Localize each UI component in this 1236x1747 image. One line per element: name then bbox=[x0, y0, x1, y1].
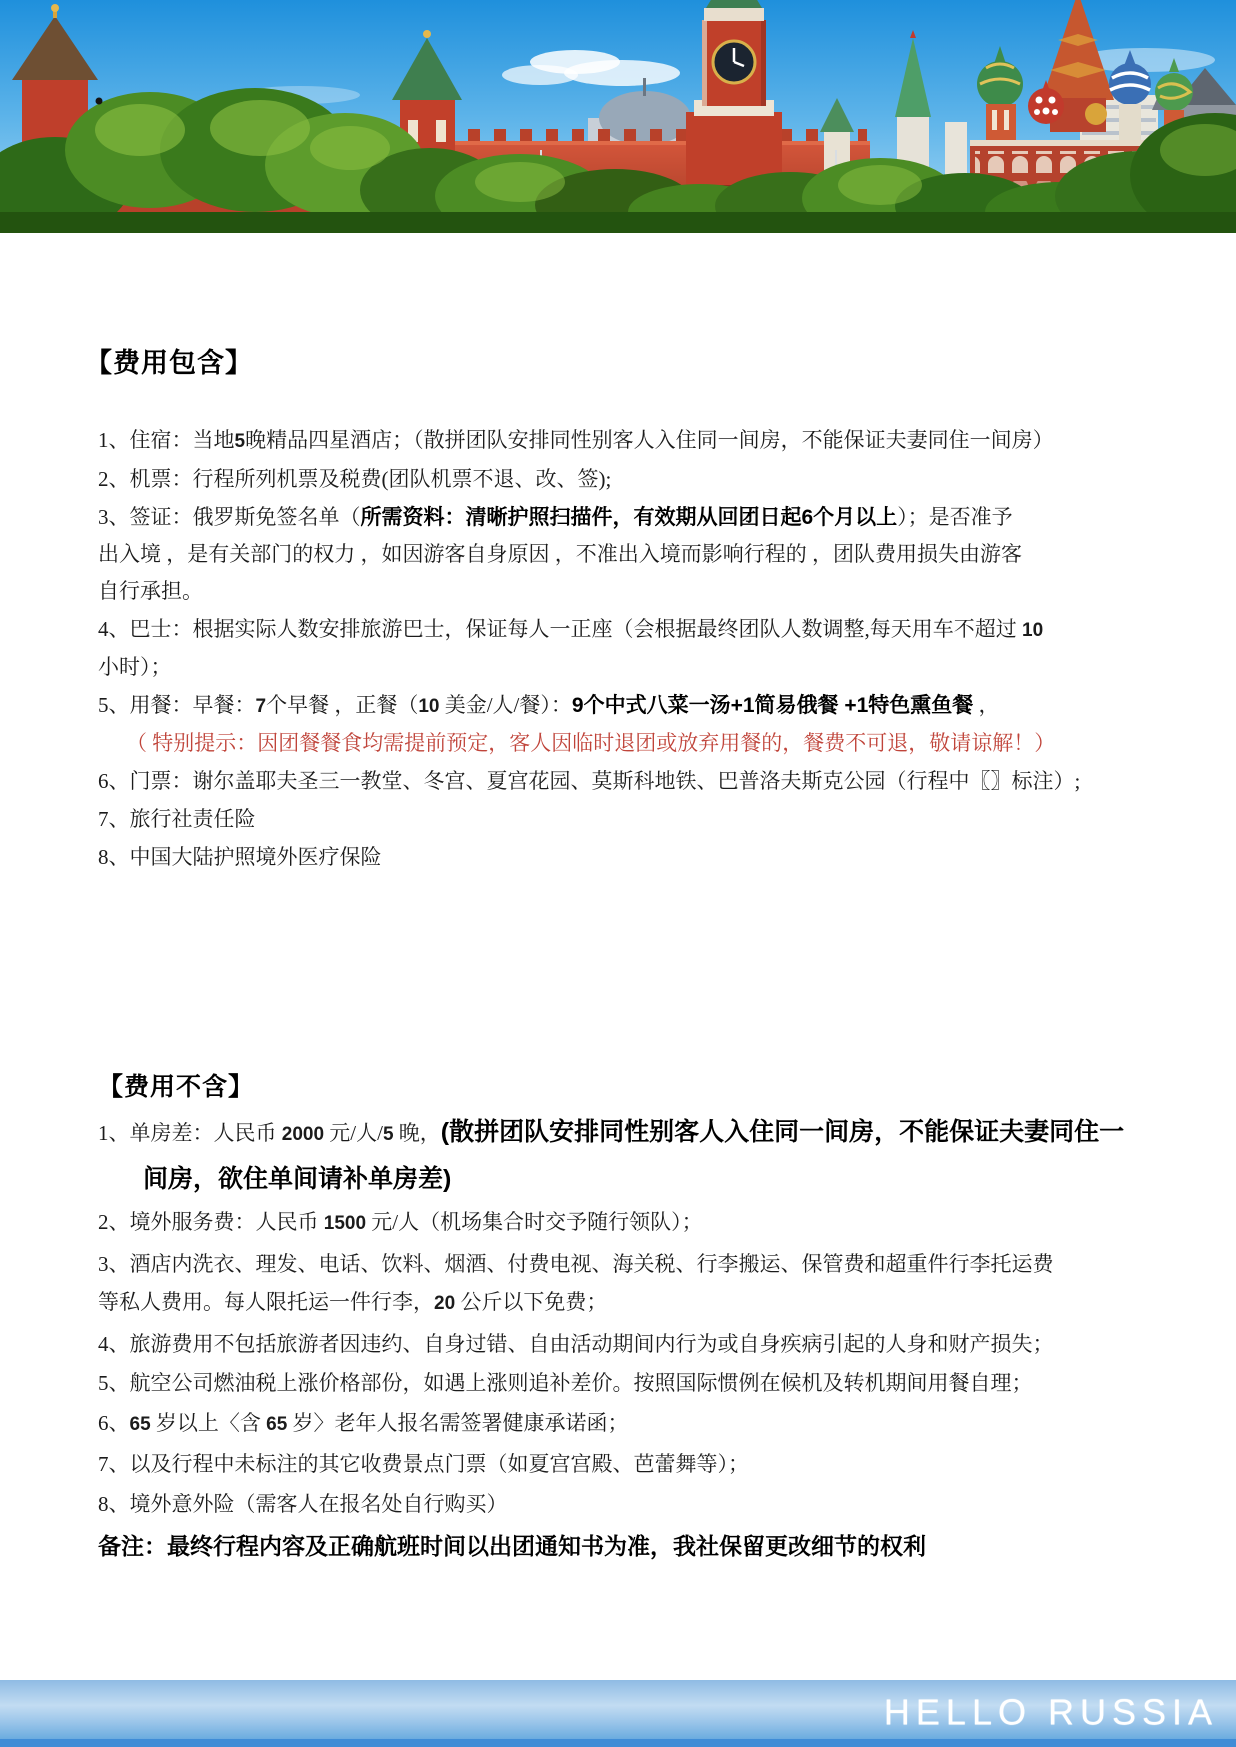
text-run: 1、单房差：人民币 bbox=[98, 1121, 282, 1145]
text-run: 6、 bbox=[98, 1411, 130, 1435]
special-notice-red: （ 特别提示：因团餐餐食均需提前预定，客人因临时退团或放弃用餐的，餐费不可退，敬… bbox=[98, 731, 1055, 755]
excluded-item-fuel-surcharge: 5、航空公司燃油税上涨价格部份，如遇上涨则追补差价。按照国际惯例在候机及转机期间… bbox=[98, 1364, 1165, 1403]
text-run-number: 7 bbox=[256, 696, 267, 717]
text-run-number: 10 bbox=[418, 696, 439, 717]
section-fees-excluded: 【费用不含】 1、单房差：人民币 2000 元/人/5 晚，(散拼团队安排同性别… bbox=[85, 1071, 1165, 1524]
text-run: 晚， bbox=[394, 1121, 441, 1145]
text-run: 1、住宿：当地 bbox=[98, 428, 235, 452]
excluded-item-personal-loss: 4、旅游费用不包括旅游者因违约、自身过错、自由活动期间内行为或自身疾病引起的人身… bbox=[98, 1325, 1165, 1364]
text-run: 5、用餐：早餐： bbox=[98, 693, 256, 717]
text-run: 4、巴士：根据实际人数安排旅游巴士，保证每人一正座（会根据最终团队人数调整,每天… bbox=[98, 617, 1022, 641]
excluded-item-single-room: 1、单房差：人民币 2000 元/人/5 晚，(散拼团队安排同性别客人入住同一间… bbox=[98, 1110, 1165, 1202]
excluded-item-accident-insurance: 8、境外意外险（需客人在报名处自行购买） bbox=[98, 1485, 1165, 1524]
text-run: 2、机票：行程所列机票及税费(团队机票不退、改、签); bbox=[98, 467, 611, 491]
remark-note: 备注：最终行程内容及正确航班时间以出团通知书为准，我社保留更改细节的权利 bbox=[98, 1529, 1148, 1563]
footer-banner: HELLO RUSSIA bbox=[0, 1680, 1236, 1747]
single-room-note-bold: 间房，欲住单间请补单房差) bbox=[98, 1165, 451, 1193]
text-run-number: 2000 bbox=[282, 1124, 324, 1145]
remark-text: 备注：最终行程内容及正确航班时间以出团通知书为准，我社保留更改细节的权利 bbox=[98, 1533, 926, 1559]
text-run: 4、旅游费用不包括旅游者因违约、自身过错、自由活动期间内行为或自身疾病引起的人身… bbox=[98, 1332, 1054, 1356]
footer-bottom-strip bbox=[0, 1739, 1236, 1747]
single-room-note-bold: (散拼团队安排同性别客人入住同一间房，不能保证夫妻同住一 bbox=[441, 1118, 1124, 1146]
text-run: 6、门票：谢尔盖耶夫圣三一教堂、冬宫、夏宫花园、莫斯科地铁、巴普洛夫斯克公园（行… bbox=[98, 769, 1080, 793]
meals-detail-bold: 9个中式八菜一汤+1简易俄餐 +1特色熏鱼餐 bbox=[572, 694, 973, 717]
excluded-item-senior-letter: 6、65 岁以上〈含 65 岁〉老年人报名需签署健康承诺函； bbox=[98, 1404, 1165, 1445]
text-run-number: 5 bbox=[235, 431, 246, 452]
text-run: 美金/人/餐）： bbox=[439, 693, 571, 717]
section-fees-included: 【费用包含】 1、住宿：当地5晚精品四星酒店；（散拼团队安排同性别客人入住同一间… bbox=[85, 346, 1147, 877]
excluded-item-personal-expenses: 3、酒店内洗衣、理发、电话、饮料、烟酒、付费电视、海关税、行李搬运、保管费和超重… bbox=[98, 1245, 1165, 1324]
document-page: 【费用包含】 1、住宿：当地5晚精品四星酒店；（散拼团队安排同性别客人入住同一间… bbox=[0, 0, 1236, 1747]
fees-excluded-title: 【费用不含】 bbox=[85, 1071, 1165, 1103]
included-item-flight: 2、机票：行程所列机票及税费(团队机票不退、改、签); bbox=[98, 461, 1147, 498]
text-run-number: 1500 bbox=[324, 1213, 366, 1234]
text-run: 7、以及行程中未标注的其它收费景点门票（如夏宫宫殿、芭蕾舞等）； bbox=[98, 1452, 749, 1476]
brand-wordmark: HELLO RUSSIA bbox=[884, 1691, 1218, 1733]
included-item-bus: 4、巴士：根据实际人数安排旅游巴士，保证每人一正座（会根据最终团队人数调整,每天… bbox=[98, 611, 1147, 686]
text-run: 个早餐 ，正餐（ bbox=[266, 693, 418, 717]
text-run: 3、酒店内洗衣、理发、电话、饮料、烟酒、付费电视、海关税、行李搬运、保管费和超重… bbox=[98, 1252, 1054, 1276]
text-run: 8、境外意外险（需客人在报名处自行购买） bbox=[98, 1492, 508, 1516]
text-run-number: 5 bbox=[383, 1124, 394, 1145]
fees-included-items: 1、住宿：当地5晚精品四星酒店；（散拼团队安排同性别客人入住同一间房，不能保证夫… bbox=[85, 422, 1147, 876]
text-run: 公斤以下免费； bbox=[455, 1290, 607, 1314]
text-run: 3、签证：俄罗斯免签名单（ bbox=[98, 505, 361, 529]
text-run: 岁〉老年人报名需签署健康承诺函； bbox=[287, 1411, 628, 1435]
text-run: 8、中国大陆护照境外医疗保险 bbox=[98, 845, 382, 869]
text-run: 5、航空公司燃油税上涨价格部份，如遇上涨则追补差价。按照国际惯例在候机及转机期间… bbox=[98, 1371, 1033, 1395]
text-run-number: 10 bbox=[1022, 620, 1043, 641]
included-item-hotel: 1、住宿：当地5晚精品四星酒店；（散拼团队安排同性别客人入住同一间房，不能保证夫… bbox=[98, 422, 1147, 460]
fees-excluded-items: 1、单房差：人民币 2000 元/人/5 晚，(散拼团队安排同性别客人入住同一间… bbox=[85, 1110, 1165, 1523]
text-run: 等私人费用。每人限托运一件行李， bbox=[98, 1290, 434, 1314]
visa-requirement-bold: 所需资料：清晰护照扫描件，有效期从回团日起6个月以上 bbox=[361, 506, 898, 529]
included-item-tickets: 6、门票：谢尔盖耶夫圣三一教堂、冬宫、夏宫花园、莫斯科地铁、巴普洛夫斯克公园（行… bbox=[98, 763, 1147, 800]
text-run-number: 65 bbox=[266, 1414, 287, 1435]
included-item-liability-insurance: 7、旅行社责任险 bbox=[98, 801, 1147, 838]
text-run: ）；是否准予 bbox=[897, 505, 1013, 529]
text-run: 小时）； bbox=[98, 655, 172, 679]
text-run: 元/人（机场集合时交予随行领队）； bbox=[366, 1210, 703, 1234]
text-run: ， bbox=[973, 693, 999, 717]
header-photo bbox=[0, 0, 1236, 233]
text-run: 2、境外服务费：人民币 bbox=[98, 1210, 324, 1234]
text-run: 岁以上〈含 bbox=[151, 1411, 267, 1435]
text-run-number: 20 bbox=[434, 1293, 455, 1314]
text-run: 自行承担。 bbox=[98, 579, 203, 603]
included-item-meals: 5、用餐：早餐：7个早餐 ，正餐（10 美金/人/餐）：9个中式八菜一汤+1简易… bbox=[98, 687, 1147, 762]
excluded-item-service-fee: 2、境外服务费：人民币 1500 元/人（机场集合时交予随行领队）； bbox=[98, 1203, 1165, 1244]
text-run: 晚精品四星酒店；（散拼团队安排同性别客人入住同一间房，不能保证夫妻同住一间房） bbox=[245, 428, 1054, 452]
text-run: 7、旅行社责任险 bbox=[98, 807, 256, 831]
text-run: 元/人/ bbox=[324, 1121, 383, 1145]
included-item-medical-insurance: 8、中国大陆护照境外医疗保险 bbox=[98, 839, 1147, 876]
fees-included-title: 【费用包含】 bbox=[85, 346, 1147, 380]
text-run: 出入境 ，是有关部门的权力 ，如因游客自身原因 ，不准出入境而影响行程的 ，团队… bbox=[98, 542, 1022, 566]
excluded-item-other-tickets: 7、以及行程中未标注的其它收费景点门票（如夏宫宫殿、芭蕾舞等）； bbox=[98, 1445, 1165, 1484]
text-run-number: 65 bbox=[130, 1414, 151, 1435]
included-item-visa: 3、签证：俄罗斯免签名单（所需资料：清晰护照扫描件，有效期从回团日起6个月以上）… bbox=[98, 499, 1147, 610]
balloon-dot bbox=[96, 98, 103, 105]
